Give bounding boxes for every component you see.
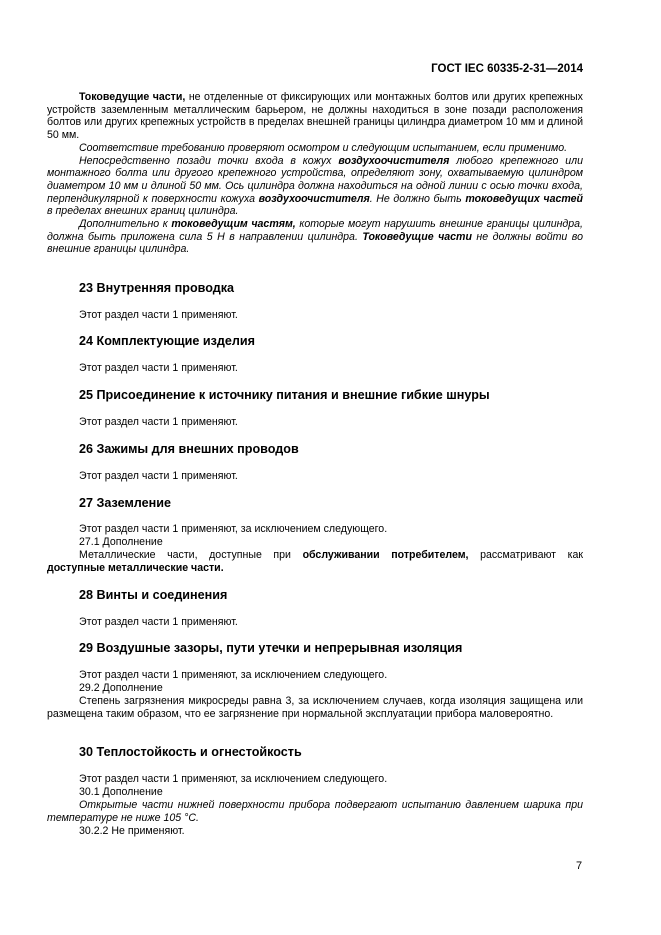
intro-paragraph-4: Дополнительно к токоведущим частям, кото… (47, 218, 583, 256)
text-run: в пределах внешних границ цилиндра. (47, 205, 238, 217)
bold-term: воздухоочистителя (338, 155, 449, 167)
text-run: . Не должно быть (370, 193, 466, 205)
section-25-text: Этот раздел части 1 применяют. (79, 416, 238, 428)
section-28-text: Этот раздел части 1 применяют. (79, 616, 238, 628)
bold-term: доступные металлические части. (47, 562, 224, 574)
bold-term: воздухоочистителя (259, 193, 370, 205)
bold-term: Токоведущие части, (79, 91, 185, 103)
section-26-heading: 26 Зажимы для внешних проводов (79, 442, 299, 456)
section-23-text: Этот раздел части 1 применяют. (79, 309, 238, 321)
section-27-heading: 27 Заземление (79, 496, 171, 510)
section-24-text: Этот раздел части 1 применяют. (79, 362, 238, 374)
bold-term: токоведущих частей (465, 193, 583, 205)
section-29-2-subheading: 29.2 Дополнение (79, 682, 163, 694)
section-30-heading: 30 Теплостойкость и огнестойкость (79, 745, 302, 759)
text-run: рассматривают как (469, 549, 584, 561)
section-29-paragraph-block: Степень загрязнения микросреды равна 3, … (47, 695, 583, 720)
section-27-paragraph: Металлические части, доступные при обслу… (47, 549, 583, 574)
page-number: 7 (576, 860, 582, 872)
section-30-1-subheading: 30.1 Дополнение (79, 786, 163, 798)
section-30-text: Этот раздел части 1 применяют, за исключ… (79, 773, 387, 785)
section-29-paragraph: Степень загрязнения микросреды равна 3, … (47, 695, 583, 720)
section-29-text: Этот раздел части 1 применяют, за исключ… (79, 669, 387, 681)
section-29-heading: 29 Воздушные зазоры, пути утечки и непре… (79, 641, 462, 655)
text-run: Металлические части, доступные при (79, 549, 303, 561)
section-30-paragraph: Открытые части нижней поверхности прибор… (47, 799, 583, 824)
document-id-header: ГОСТ IEC 60335-2-31—2014 (431, 63, 583, 75)
section-27-text: Этот раздел части 1 применяют, за исключ… (79, 523, 387, 535)
section-23-heading: 23 Внутренняя проводка (79, 281, 234, 295)
section-30-2-2-text: 30.2.2 Не применяют. (79, 825, 185, 837)
intro-paragraph-1: Токоведущие части, не отделенные от фикс… (47, 91, 583, 142)
text-run: Дополнительно к (79, 218, 171, 230)
section-26-text: Этот раздел части 1 применяют. (79, 470, 238, 482)
intro-paragraph-2: Соответствие требованию проверяют осмотр… (47, 142, 583, 155)
section-28-heading: 28 Винты и соединения (79, 588, 227, 602)
section-27-1-subheading: 27.1 Дополнение (79, 536, 163, 548)
intro-paragraph-3: Непосредственно позади точки входа в кож… (47, 155, 583, 219)
intro-text: Токоведущие части, не отделенные от фикс… (47, 91, 583, 256)
section-30-paragraph-block: Открытые части нижней поверхности прибор… (47, 799, 583, 824)
bold-term: Токоведущие части (362, 231, 472, 243)
section-25-heading: 25 Присоединение к источнику питания и в… (79, 388, 490, 402)
bold-term: токоведущим частям, (171, 218, 295, 230)
bold-term: обслуживании потребителем, (303, 549, 469, 561)
section-24-heading: 24 Комплектующие изделия (79, 334, 255, 348)
section-27-paragraph-block: Металлические части, доступные при обслу… (47, 549, 583, 574)
text-run: Непосредственно позади точки входа в кож… (79, 155, 338, 167)
